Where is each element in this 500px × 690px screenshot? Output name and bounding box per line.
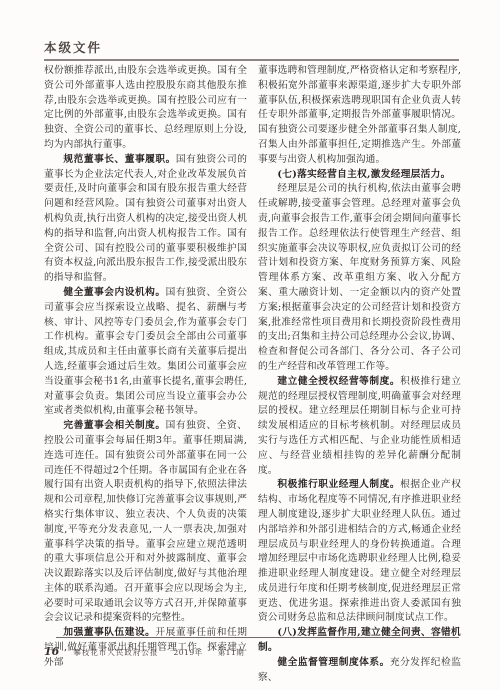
gazette-title: 攀枝花市人民政府公报: [73, 648, 158, 657]
text-column-left: 权份额推荐派出,由股东会选举或更换。国有全资公司外部董事人选由控股股东商其他股东…: [44, 64, 247, 685]
paragraph: 健全监督管理制度体系。充分发挥纪检监察、: [258, 656, 461, 686]
gazette-page: 本级文件 权份额推荐派出,由股东会选举或更换。国有全资公司外部董事人选由控股股东…: [0, 0, 500, 690]
section-heading: (七)落实经营自主权,激发经理层活力。: [258, 168, 461, 183]
paragraph-lead: 建立健全授权经营等制度。: [277, 376, 400, 387]
paragraph-lead: 积极推行职业经理人制度。: [277, 479, 400, 490]
paragraph-lead: 完善董事会相关制度。: [63, 420, 165, 431]
paragraph: 积极推行职业经理人制度。根据企业产权结构、市场化程度等不同情况,有序推进职业经理…: [258, 478, 461, 626]
paragraph: 完善董事会相关制度。国有独资、全资、控股公司董事会每届任期3年。董事任期届满,连…: [44, 419, 247, 626]
paragraph-lead: 健全董事会内设机构。: [63, 287, 165, 298]
document-body: 权份额推荐派出,由股东会选举或更换。国有全资公司外部董事人选由控股股东商其他股东…: [44, 64, 461, 685]
page-header: 本级文件: [44, 37, 459, 61]
paragraph-lead: 规范董事长、董事履职。: [63, 154, 175, 165]
paragraph: 建立健全授权经营等制度。积极推行建立规范的经理层授权管理制度,明确董事会对经理层…: [258, 375, 461, 479]
paragraph: 规范董事长、董事履职。国有独资公司的董事长为企业法定代表人,对企业改革发展负首要…: [44, 153, 247, 286]
section-label: 本级文件: [44, 40, 102, 55]
gazette-year: 2019年: [174, 648, 203, 657]
paragraph: 董事选聘和管理制度,严格资格认定和考察程序,积极拓宽外部董事来源渠道,逐步扩大专…: [258, 64, 461, 168]
footer-rule: [56, 637, 459, 638]
paragraph: 经理层是公司的执行机构,依法由董事会聘任或解聘,接受董事会管理。总经理对董事会负…: [258, 182, 461, 374]
paragraph: 权份额推荐派出,由股东会选举或更换。国有全资公司外部董事人选由控股股东商其他股东…: [44, 64, 247, 153]
paragraph: 健全董事会内设机构。国有独资、全资公司董事会应当探索设立战略、提名、薪酬与考核、…: [44, 286, 247, 419]
page-number: 16: [44, 645, 59, 658]
gazette-issue: 第11期: [218, 648, 245, 657]
text-column-right: 董事选聘和管理制度,严格资格认定和考察程序,积极拓宽外部董事来源渠道,逐步扩大专…: [258, 64, 461, 685]
page-footer: 16 攀枝花市人民政府公报 2019年 第11期: [44, 640, 459, 659]
paragraph-lead: (七)落实经营自主权,激发经理层活力。: [277, 169, 450, 180]
